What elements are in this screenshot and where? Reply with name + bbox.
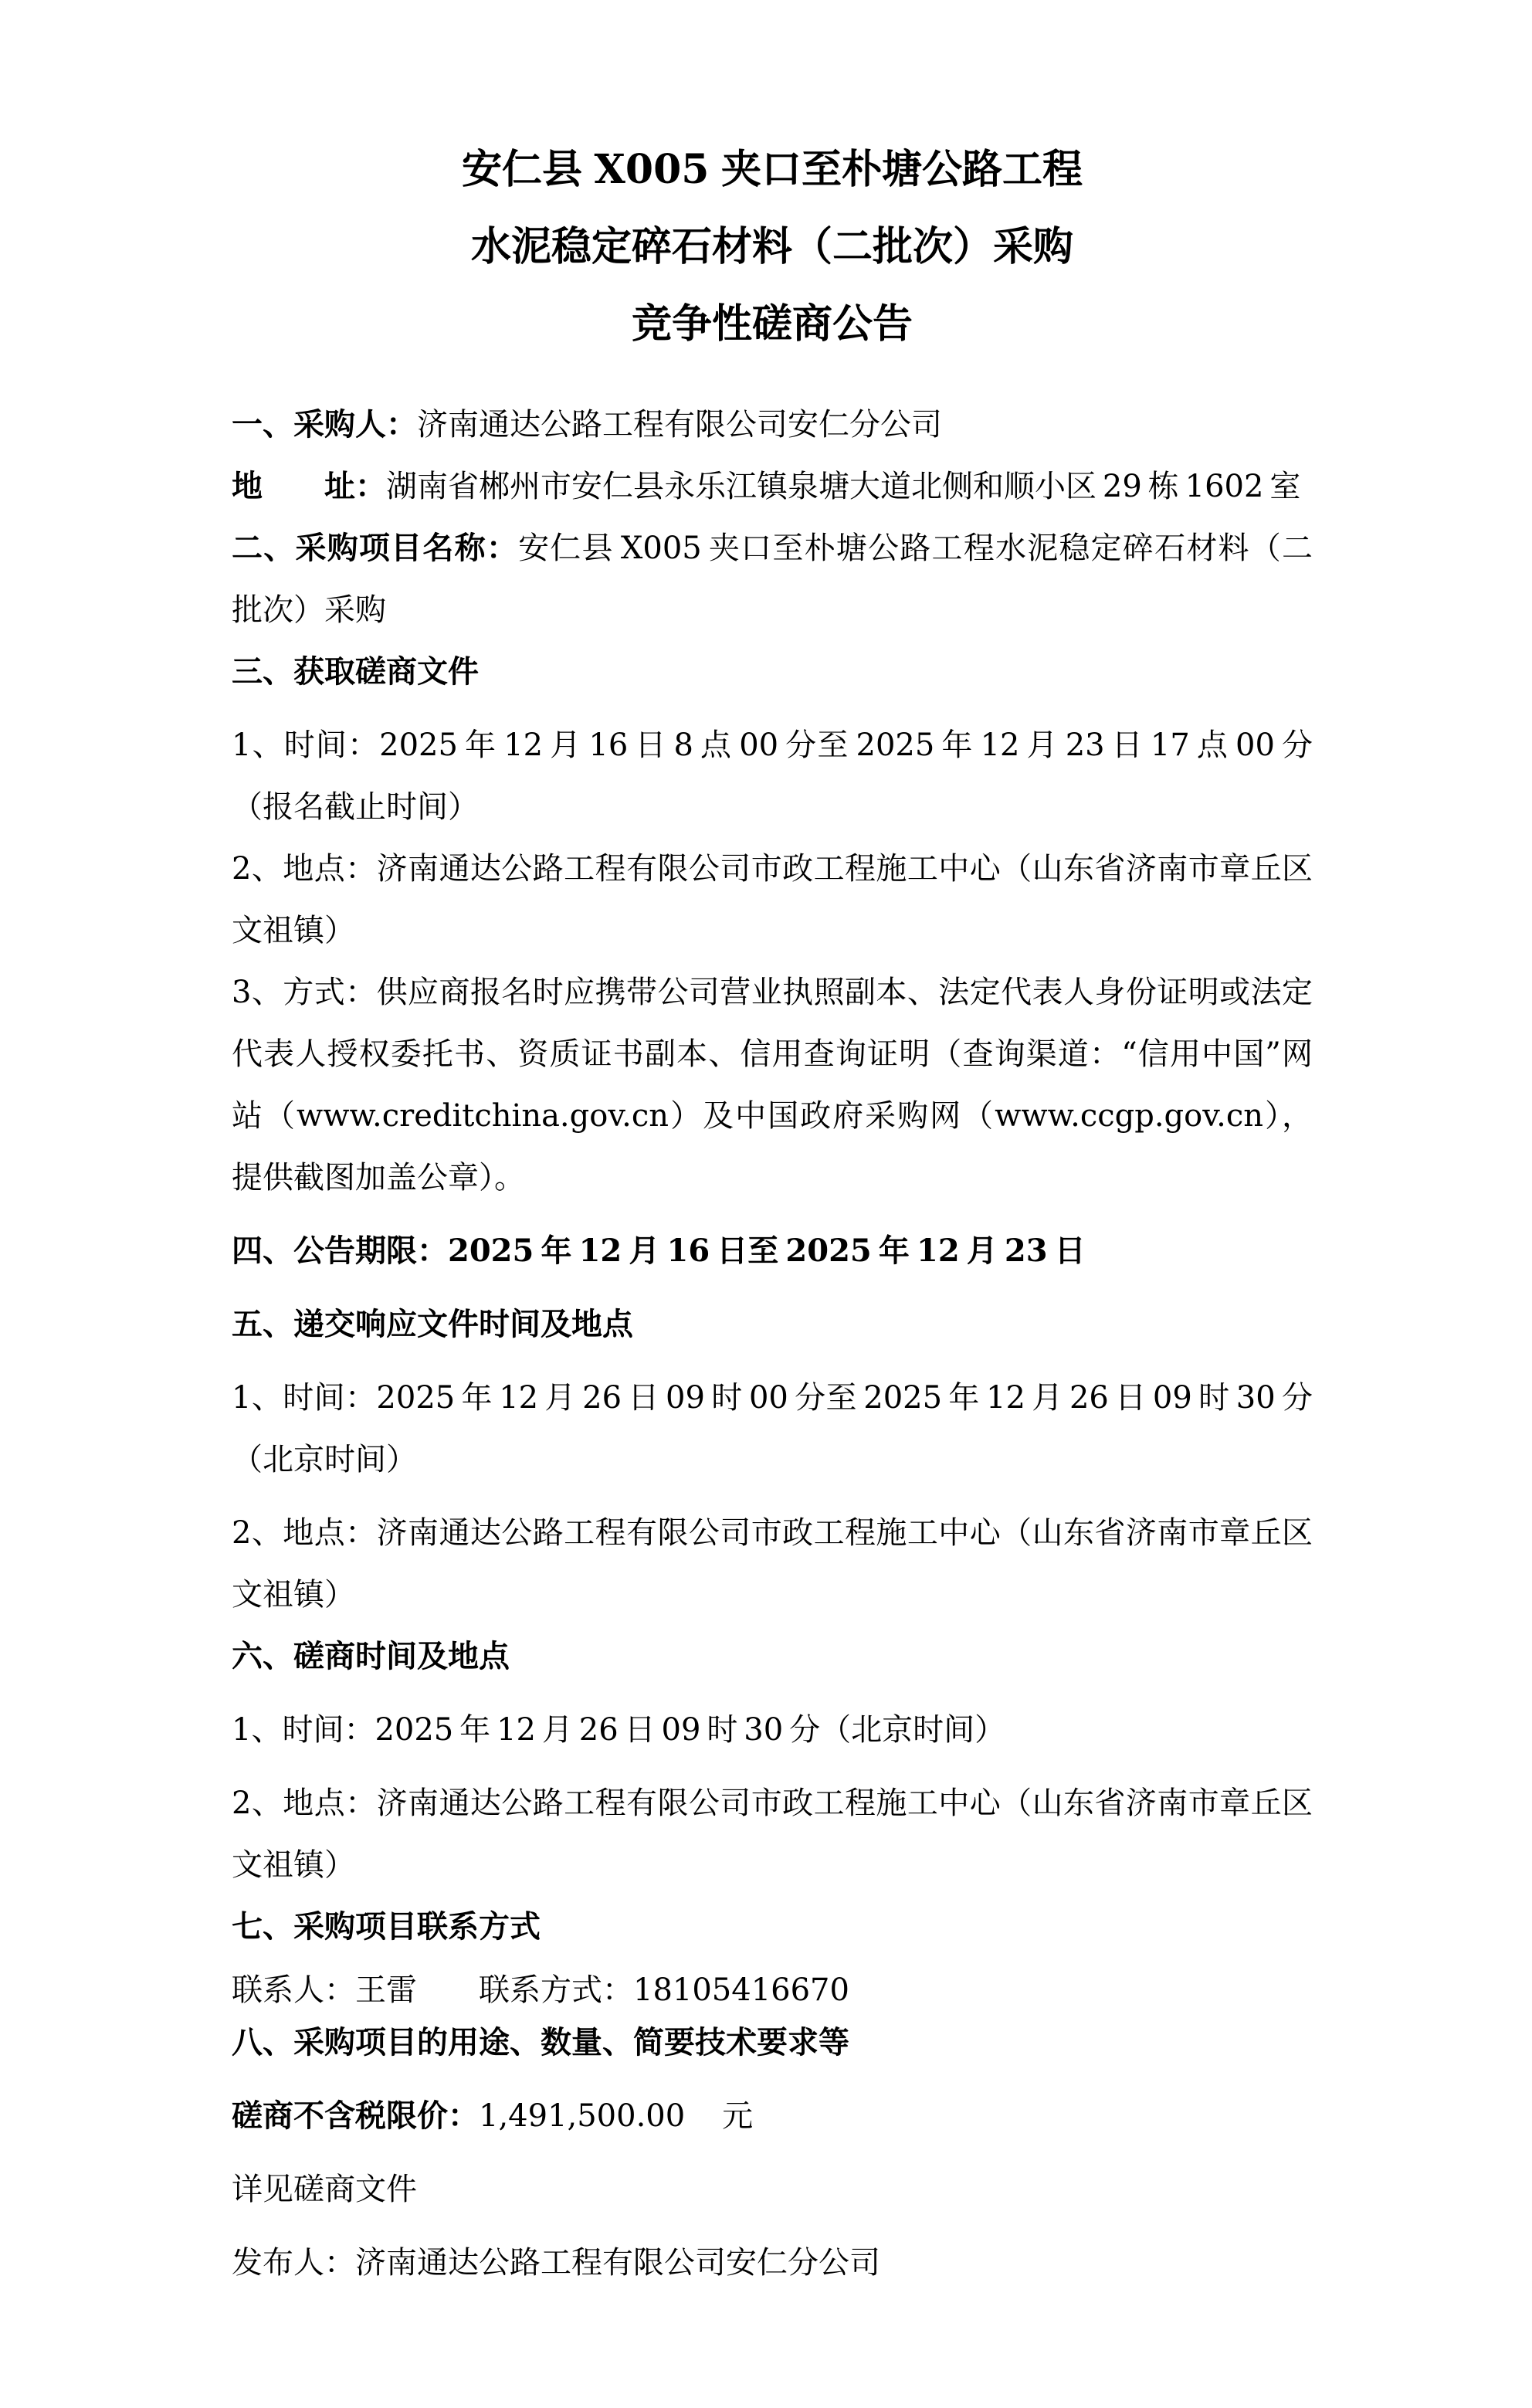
section-negotiation-heading: 六、磋商时间及地点 <box>232 1626 1313 1687</box>
doc-title-line-2: 水泥稳定碎石材料（二批次）采购 <box>232 209 1313 286</box>
label-text: 地 址： <box>232 468 386 504</box>
see-documents-line: 详见磋商文件 <box>232 2159 1313 2220</box>
get-documents-method: 3、方式：供应商报名时应携带公司营业执照副本、法定代表人身份证明或法定代表人授权… <box>232 962 1313 1209</box>
section-requirements-heading: 八、采购项目的用途、数量、简要技术要求等 <box>232 2012 1313 2074</box>
negotiation-time: 1、时间：2025 年 12 月 26 日 09 时 30 分（北京时间） <box>232 1699 1313 1761</box>
document-body: 一、采购人：济南通达公路工程有限公司安仁分公司地 址：湖南省郴州市安仁县永乐江镇… <box>232 394 1313 2294</box>
label-text: 一、采购人： <box>232 406 417 443</box>
get-documents-place: 2、地点：济南通达公路工程有限公司市政工程施工中心（山东省济南市章丘区文祖镇） <box>232 838 1313 962</box>
body-text: 2、地点：济南通达公路工程有限公司市政工程施工中心（山东省济南市章丘区文祖镇） <box>232 1786 1313 1883</box>
body-text: 3、方式：供应商报名时应携带公司营业执照副本、法定代表人身份证明或法定代表人授权… <box>232 975 1313 1196</box>
get-documents-time: 1、时间：2025 年 12 月 16 日 8 点 00 分至 2025 年 1… <box>232 714 1313 838</box>
label-text: 七、采购项目联系方式 <box>232 1908 541 1945</box>
negotiation-place: 2、地点：济南通达公路工程有限公司市政工程施工中心（山东省济南市章丘区文祖镇） <box>232 1772 1313 1896</box>
publisher-line: 发布人：济南通达公路工程有限公司安仁分公司 <box>232 2232 1313 2294</box>
doc-title-line-1: 安仁县 X005 夹口至朴塘公路工程 <box>232 131 1313 209</box>
project-name-line: 二、采购项目名称：安仁县 X005 夹口至朴塘公路工程水泥稳定碎石材料（二批次）… <box>232 517 1313 641</box>
price-limit-line: 磋商不含税限价：1,491,500.00 元 <box>232 2085 1313 2147</box>
submit-response-place: 2、地点：济南通达公路工程有限公司市政工程施工中心（山东省济南市章丘区文祖镇） <box>232 1502 1313 1626</box>
body-text: 发布人：济南通达公路工程有限公司安仁分公司 <box>232 2245 880 2281</box>
body-text: 湖南省郴州市安仁县永乐江镇泉塘大道北侧和顺小区 29 栋 1602 室 <box>386 469 1300 504</box>
label-text: 八、采购项目的用途、数量、简要技术要求等 <box>232 2024 849 2060</box>
announcement-period-line: 四、公告期限：2025 年 12 月 16 日至 2025 年 12 月 23 … <box>232 1220 1313 1282</box>
body-text: 详见磋商文件 <box>232 2172 417 2207</box>
section-get-documents-heading: 三、获取磋商文件 <box>232 641 1313 703</box>
label-text: 三、获取磋商文件 <box>232 653 479 690</box>
section-submit-response-heading: 五、递交响应文件时间及地点 <box>232 1294 1313 1355</box>
body-text: 1,491,500.00 元 <box>479 2098 753 2134</box>
body-text: 2、地点：济南通达公路工程有限公司市政工程施工中心（山东省济南市章丘区文祖镇） <box>232 851 1313 948</box>
label-text: 四、公告期限：2025 年 12 月 16 日至 2025 年 12 月 23 … <box>232 1233 1086 1269</box>
body-text: 济南通达公路工程有限公司安仁分公司 <box>417 407 942 443</box>
label-text: 磋商不含税限价： <box>232 2098 479 2134</box>
label-text: 六、磋商时间及地点 <box>232 1638 510 1674</box>
submit-response-time: 1、时间：2025 年 12 月 26 日 09 时 00 分至 2025 年 … <box>232 1367 1313 1491</box>
body-text: 1、时间：2025 年 12 月 16 日 8 点 00 分至 2025 年 1… <box>232 727 1313 825</box>
label-text: 二、采购项目名称： <box>232 530 518 566</box>
document-title: 安仁县 X005 夹口至朴塘公路工程 水泥稳定碎石材料（二批次）采购 竞争性磋商… <box>232 131 1313 363</box>
address-line: 地 址：湖南省郴州市安仁县永乐江镇泉塘大道北侧和顺小区 29 栋 1602 室 <box>232 456 1313 517</box>
doc-title-line-3: 竞争性磋商公告 <box>232 286 1313 363</box>
body-text: 联系人：王雷 联系方式：18105416670 <box>232 1972 849 2008</box>
contact-line: 联系人：王雷 联系方式：18105416670 <box>232 1969 1313 2012</box>
body-text: 2、地点：济南通达公路工程有限公司市政工程施工中心（山东省济南市章丘区文祖镇） <box>232 1515 1313 1613</box>
label-text: 五、递交响应文件时间及地点 <box>232 1306 633 1342</box>
body-text: 1、时间：2025 年 12 月 26 日 09 时 30 分（北京时间） <box>232 1712 1005 1748</box>
purchaser-line: 一、采购人：济南通达公路工程有限公司安仁分公司 <box>232 394 1313 456</box>
body-text: 1、时间：2025 年 12 月 26 日 09 时 00 分至 2025 年 … <box>232 1380 1313 1477</box>
document-page: 安仁县 X005 夹口至朴塘公路工程 水泥稳定碎石材料（二批次）采购 竞争性磋商… <box>0 0 1532 2408</box>
section-contact-heading: 七、采购项目联系方式 <box>232 1896 1313 1958</box>
